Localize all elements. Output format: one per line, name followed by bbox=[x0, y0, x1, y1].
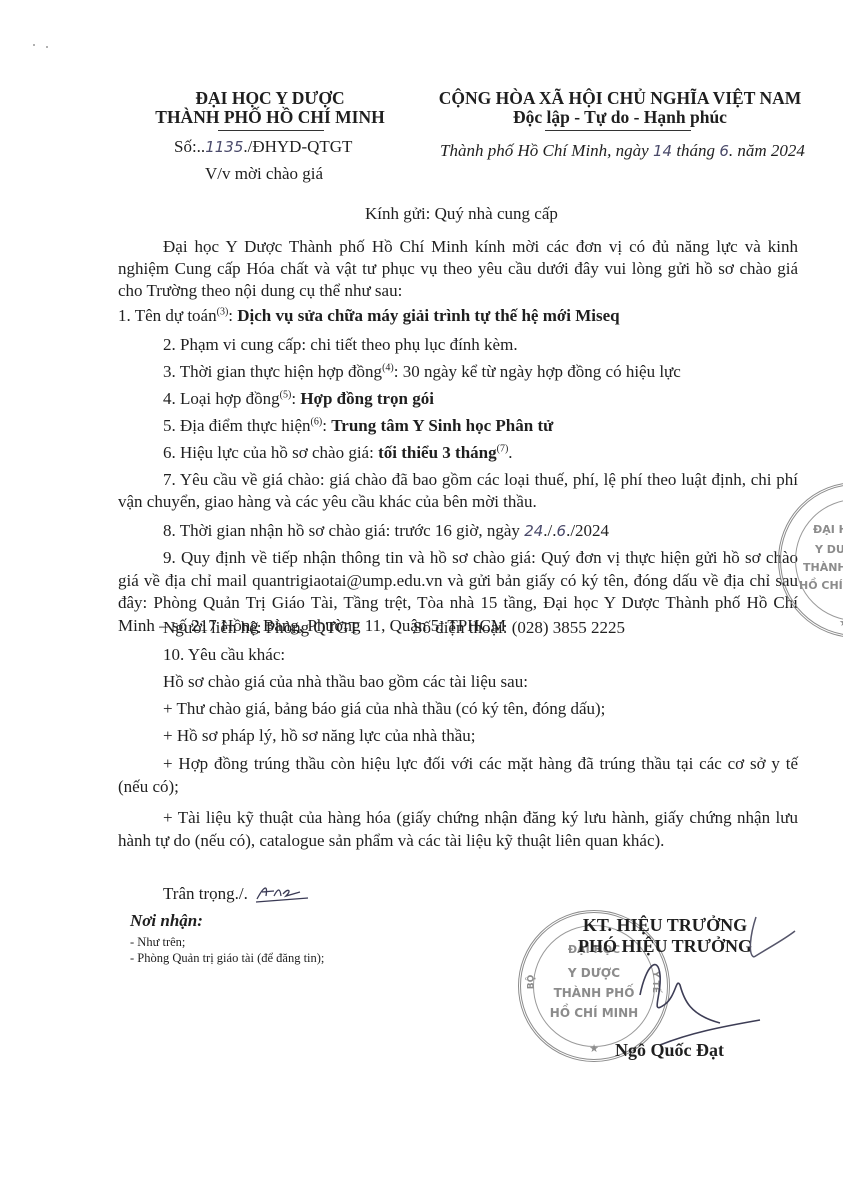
item-4-value: Hợp đồng trọn gói bbox=[300, 389, 434, 408]
footnote-ref: (4) bbox=[382, 362, 394, 373]
national-motto: Độc lập - Tự do - Hạnh phúc bbox=[430, 107, 810, 128]
stamp-side-text: BỘ bbox=[526, 975, 536, 990]
scan-speck bbox=[46, 46, 48, 48]
salutation: Kính gửi: Quý nhà cung cấp bbox=[365, 203, 558, 224]
document-date: Thành phố Hồ Chí Minh, ngày 14 tháng 6. … bbox=[440, 140, 805, 162]
recipient-item: - Như trên; bbox=[130, 935, 185, 950]
footnote-ref: (7) bbox=[497, 443, 509, 454]
date-prefix: Thành phố Hồ Chí Minh, ngày bbox=[440, 141, 653, 160]
item-4-label: 4. Loại hợp đồng bbox=[163, 389, 280, 408]
doc-item: + Tài liệu kỹ thuật của hàng hóa (giấy c… bbox=[118, 806, 798, 852]
org-name-line2: THÀNH PHỐ HỒ CHÍ MINH bbox=[130, 107, 410, 128]
separator: : bbox=[228, 306, 237, 325]
item-1-value: Dịch vụ sửa chữa máy giải trình tự thế h… bbox=[237, 306, 619, 325]
item-8-deadline: 8. Thời gian nhận hồ sơ chào giá: trước … bbox=[163, 520, 609, 542]
item-3-value: : 30 ngày kể từ ngày hợp đồng có hiệu lự… bbox=[394, 362, 681, 381]
scan-speck bbox=[33, 44, 35, 46]
document-subject: V/v mời chào giá bbox=[205, 163, 323, 184]
deadline-day-handwritten: 24 bbox=[524, 522, 543, 540]
handwritten-signature-icon bbox=[580, 905, 800, 1045]
item-5-value: Trung tâm Y Sinh học Phân tử bbox=[331, 416, 553, 435]
item-5-location: 5. Địa điểm thực hiện(6): Trung tâm Y Si… bbox=[163, 415, 553, 436]
docs-intro: Hồ sơ chào giá của nhà thầu bao gồm các … bbox=[163, 671, 528, 692]
initials-signature-icon bbox=[252, 882, 312, 904]
signer-name: Ngô Quốc Đạt bbox=[615, 1040, 724, 1061]
separator: ./2024 bbox=[566, 521, 609, 540]
item-6-end: . bbox=[508, 443, 512, 462]
stamp-text: ĐẠI HỌC bbox=[813, 523, 843, 536]
item-2-scope: 2. Phạm vi cung cấp: chi tiết theo phụ l… bbox=[163, 334, 518, 355]
deadline-month-handwritten: 6 bbox=[557, 522, 567, 540]
stamp-star-icon: ★ bbox=[839, 616, 843, 629]
stamp-text: Y DƯỢC bbox=[815, 543, 843, 556]
item-1-estimate-name: 1. Tên dự toán(3): Dịch vụ sửa chữa máy … bbox=[118, 305, 620, 326]
doc-item: + Thư chào giá, bảng báo giá của nhà thầ… bbox=[163, 698, 605, 719]
date-mid: tháng bbox=[672, 141, 719, 160]
item-10-other: 10. Yêu cầu khác: bbox=[163, 644, 285, 665]
separator: : bbox=[322, 416, 331, 435]
contact-person: Người liên hệ: Phòng QTGT bbox=[163, 617, 359, 638]
stamp-text: THÀNH PHỐ bbox=[803, 561, 843, 574]
recipient-item: - Phòng Quản trị giáo tài (để đăng tin); bbox=[130, 951, 324, 966]
date-day-handwritten: 14 bbox=[653, 142, 672, 160]
stamp-text: HỒ CHÍ MINH bbox=[799, 579, 843, 592]
item-3-label: 3. Thời gian thực hiện hợp đồng bbox=[163, 362, 382, 381]
motto-underline bbox=[545, 130, 691, 131]
date-suffix: . năm 2024 bbox=[729, 141, 805, 160]
nation-title: CỘNG HÒA XÃ HỘI CHỦ NGHĨA VIỆT NAM bbox=[430, 88, 810, 109]
closing: Trân trọng./. bbox=[163, 883, 248, 904]
doc-no-prefix: Số:.. bbox=[174, 137, 205, 156]
header-underline bbox=[218, 130, 324, 131]
document-number: Số:..1135./ĐHYD-QTGT bbox=[174, 136, 352, 158]
item-6-label: 6. Hiệu lực của hồ sơ chào giá: bbox=[163, 443, 378, 462]
item-5-label: 5. Địa điểm thực hiện bbox=[163, 416, 311, 435]
item-3-duration: 3. Thời gian thực hiện hợp đồng(4): 30 n… bbox=[163, 361, 681, 382]
item-6-validity: 6. Hiệu lực của hồ sơ chào giá: tối thiể… bbox=[163, 442, 513, 463]
item-6-value: tối thiểu 3 tháng bbox=[378, 443, 497, 462]
footnote-ref: (3) bbox=[217, 306, 229, 317]
item-7-price-requirements: 7. Yêu cầu về giá chào: giá chào đã bao … bbox=[118, 469, 798, 513]
separator: : bbox=[291, 389, 300, 408]
date-month-handwritten: 6 bbox=[719, 142, 729, 160]
org-name-line1: ĐẠI HỌC Y DƯỢC bbox=[150, 88, 390, 109]
contact-phone: Số điện thoại: (028) 3855 2225 bbox=[413, 617, 625, 638]
item-4-contract-type: 4. Loại hợp đồng(5): Hợp đồng trọn gói bbox=[163, 388, 434, 409]
item-1-label: 1. Tên dự toán bbox=[118, 306, 217, 325]
doc-item: + Hợp đồng trúng thầu còn hiệu lực đối v… bbox=[118, 752, 798, 798]
doc-no-handwritten: 1135 bbox=[205, 138, 243, 156]
footnote-ref: (6) bbox=[311, 416, 323, 427]
recipients-title: Nơi nhận: bbox=[130, 911, 203, 931]
footnote-ref: (5) bbox=[280, 389, 292, 400]
intro-paragraph: Đại học Y Dược Thành phố Hồ Chí Minh kín… bbox=[118, 236, 798, 302]
item-8-label: 8. Thời gian nhận hồ sơ chào giá: trước … bbox=[163, 521, 524, 540]
doc-item: + Hồ sơ pháp lý, hồ sơ năng lực của nhà … bbox=[163, 725, 476, 746]
separator: ./. bbox=[543, 521, 556, 540]
doc-no-suffix: ./ĐHYD-QTGT bbox=[243, 137, 352, 156]
